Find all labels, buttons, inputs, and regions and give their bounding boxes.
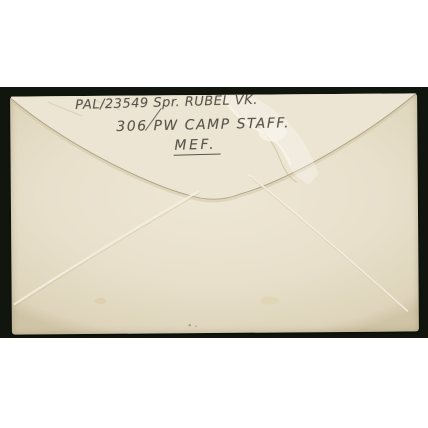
handwriting-line-unit: 306 PW CAMP STAFF. xyxy=(116,116,290,134)
photo-background: PAL/23549 Spr. RUBEL VK. 306 PW CAMP STA… xyxy=(0,87,428,338)
handwriting-line-theatre: MEF. xyxy=(173,138,220,156)
speck-2 xyxy=(195,325,197,327)
stain-spot-left xyxy=(95,298,107,304)
left-seam-crease xyxy=(13,191,200,304)
envelope-back: PAL/23549 Spr. RUBEL VK. 306 PW CAMP STA… xyxy=(10,93,419,334)
left-seam-crease-shadow xyxy=(14,193,201,306)
photo-canvas: PAL/23549 Spr. RUBEL VK. 306 PW CAMP STA… xyxy=(0,0,428,428)
stain-spot-right xyxy=(261,296,279,304)
speck-1 xyxy=(189,324,191,326)
right-seam-crease-shadow xyxy=(250,175,409,314)
